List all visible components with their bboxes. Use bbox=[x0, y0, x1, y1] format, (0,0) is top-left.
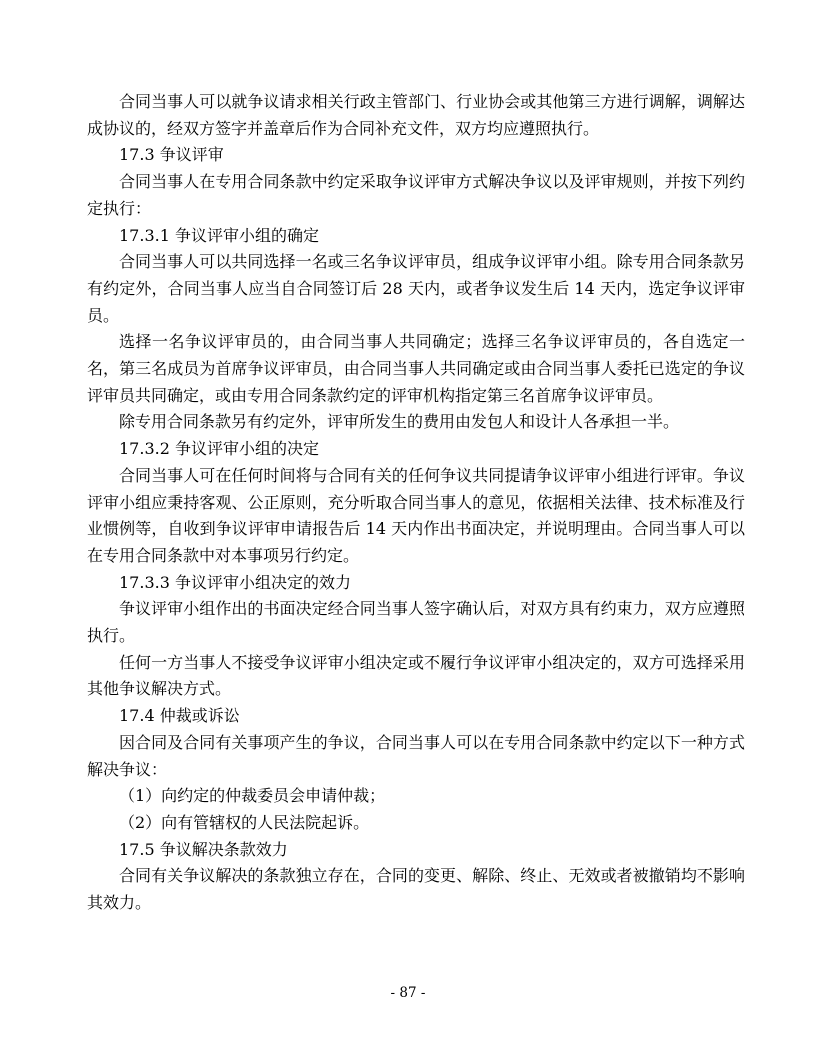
page-number: - 87 - bbox=[0, 985, 816, 1001]
paragraph: 选择一名争议评审员的，由合同当事人共同确定；选择三名争议评审员的，各自选定一名，… bbox=[87, 329, 745, 409]
list-item: （2）向有管辖权的人民法院起诉。 bbox=[87, 810, 745, 837]
section-heading: 17.4 仲裁或诉讼 bbox=[87, 703, 745, 730]
paragraph: 争议评审小组作出的书面决定经合同当事人签字确认后，对双方具有约束力，双方应遵照执… bbox=[87, 596, 745, 649]
section-heading: 17.3.3 争议评审小组决定的效力 bbox=[87, 570, 745, 597]
paragraph: 合同有关争议解决的条款独立存在，合同的变更、解除、终止、无效或者被撤销均不影响其… bbox=[87, 863, 745, 916]
paragraph: 合同当事人可以就争议请求相关行政主管部门、行业协会或其他第三方进行调解，调解达成… bbox=[87, 89, 745, 142]
section-heading: 17.5 争议解决条款效力 bbox=[87, 837, 745, 864]
document-page: 合同当事人可以就争议请求相关行政主管部门、行业协会或其他第三方进行调解，调解达成… bbox=[0, 0, 816, 1056]
section-heading: 17.3.1 争议评审小组的确定 bbox=[87, 223, 745, 250]
paragraph: 合同当事人可以共同选择一名或三名争议评审员，组成争议评审小组。除专用合同条款另有… bbox=[87, 249, 745, 329]
paragraph: 合同当事人在专用合同条款中约定采取争议评审方式解决争议以及评审规则，并按下列约定… bbox=[87, 169, 745, 222]
section-heading: 17.3 争议评审 bbox=[87, 142, 745, 169]
paragraph: 因合同及合同有关事项产生的争议，合同当事人可以在专用合同条款中约定以下一种方式解… bbox=[87, 730, 745, 783]
list-item: （1）向约定的仲裁委员会申请仲裁； bbox=[87, 783, 745, 810]
section-heading: 17.3.2 争议评审小组的决定 bbox=[87, 436, 745, 463]
document-body: 合同当事人可以就争议请求相关行政主管部门、行业协会或其他第三方进行调解，调解达成… bbox=[87, 89, 745, 917]
paragraph: 除专用合同条款另有约定外，评审所发生的费用由发包人和设计人各承担一半。 bbox=[87, 409, 745, 436]
paragraph: 任何一方当事人不接受争议评审小组决定或不履行争议评审小组决定的，双方可选择采用其… bbox=[87, 650, 745, 703]
paragraph: 合同当事人可在任何时间将与合同有关的任何争议共同提请争议评审小组进行评审。争议评… bbox=[87, 463, 745, 570]
